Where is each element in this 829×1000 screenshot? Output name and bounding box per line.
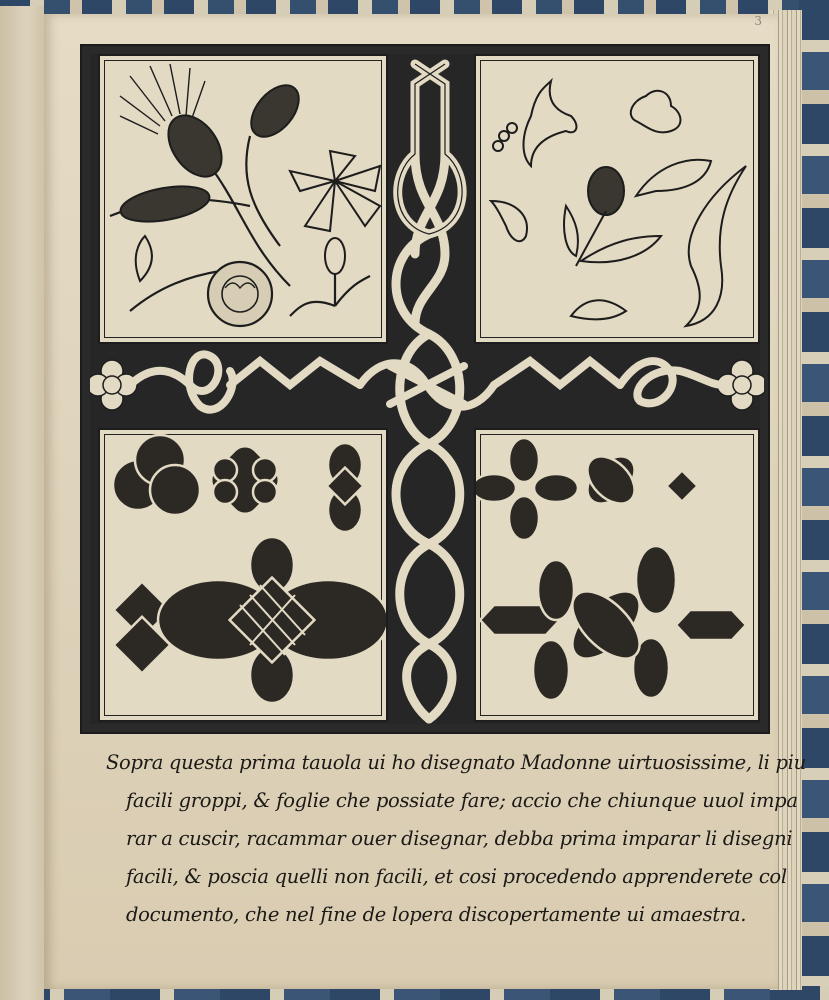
- knots-illustration-icon: [100, 430, 386, 720]
- quadrant-knots-left: [98, 428, 388, 722]
- quadrant-flowers: [98, 54, 388, 344]
- knots-illustration-icon: [476, 430, 758, 720]
- book-page: 3: [44, 14, 778, 989]
- page-number: 3: [754, 14, 762, 28]
- leaves-illustration-icon: [476, 56, 758, 342]
- plate-frame: [90, 54, 760, 724]
- knotwork-horizontal-icon: [90, 346, 764, 424]
- caption-line-5: documento, che nel fine de lopera discop…: [106, 896, 766, 934]
- quadrant-leaves: [474, 54, 760, 344]
- cross-band-horizontal: [90, 346, 764, 424]
- caption-line-1: Sopra questa prima tauola ui ho disegnat…: [106, 744, 766, 782]
- book-cover-right-edge: [799, 0, 829, 1000]
- caption-text: Sopra questa prima tauola ui ho disegnat…: [106, 744, 766, 934]
- quadrant-knots-right: [474, 428, 760, 722]
- caption-line-4: facili, & poscia quelli non facili, et c…: [106, 858, 766, 896]
- flowers-illustration-icon: [100, 56, 386, 342]
- facing-page-edge: [0, 6, 44, 1000]
- caption-line-2: facili groppi, & foglie che possiate far…: [106, 782, 766, 820]
- woodcut-plate: [80, 44, 770, 734]
- caption-line-3: rar a cuscir, racammar ouer disegnar, de…: [106, 820, 766, 858]
